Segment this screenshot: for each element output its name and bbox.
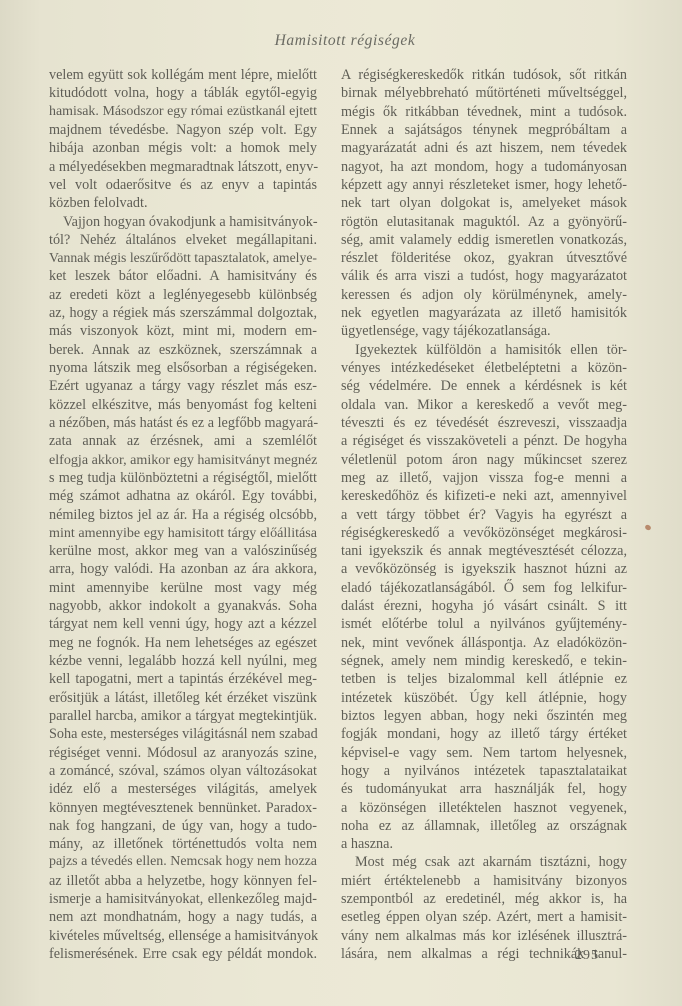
text-line: birnak mélyebbreható műtörténeti művelts… <box>341 84 627 102</box>
text-line: a haszna. <box>341 835 627 853</box>
text-line: meg az illető, vajjon vissza fog-e menni… <box>341 469 627 487</box>
text-line: a nézőben, más hatást és ez a legfőbb ma… <box>49 414 317 432</box>
text-line: és tudományukat arra használják fel, hog… <box>341 780 627 798</box>
text-line: téveszti és ez tévedését észreveszi, vis… <box>341 414 627 432</box>
text-line: kereskedőhöz és kifizeti-e neki azt, ame… <box>341 487 627 505</box>
right-text-column: A régiségkereskedők ritkán tudósok, sőt … <box>341 66 627 963</box>
text-line: mégis ők ritkábban tévednek, mint a tudó… <box>341 103 627 121</box>
text-line: tárgyat nem kell venni úgy, hogy azt a k… <box>49 615 317 633</box>
text-line: ügyetlensége, vagy tájékozatlansága. <box>341 322 627 340</box>
text-line: esetleg éppen olyan szép. Azért, mert a … <box>341 908 627 926</box>
running-header-title: Hamisitott régiségek <box>275 32 416 49</box>
text-line: pajzs a tévedés ellen. Nemcsak hogy nem … <box>49 853 317 871</box>
text-line: tól? Nehéz általános elveket megállapita… <box>49 231 317 249</box>
text-line: keressen és adjon oly körülménynek, amel… <box>341 286 627 304</box>
text-line: ség, amit valamely eddig ismeretlen vona… <box>341 231 627 249</box>
text-line: véletlenül potom áron nagy műkincset sze… <box>341 451 627 469</box>
text-line: parallel harcba, amikor a tárgyat megtek… <box>49 707 317 725</box>
text-line: Ezért ugyanaz a tárgy vagy részlet más e… <box>49 377 317 395</box>
text-line: nem azt mondhatnám, hogy a nagy tudás, a <box>49 908 317 926</box>
text-line: fogják mondani, hogy az illető tárgy ért… <box>341 725 627 743</box>
paper-stain <box>644 524 652 531</box>
text-line: rögtön elutasitanak maguktól. Az a gyöny… <box>341 213 627 231</box>
text-line: régiséget venni. Módosul az aranyozás sz… <box>49 744 317 762</box>
text-line: idéz elő a mesterséges világitás, amelye… <box>49 780 317 798</box>
text-line: közben felolvadt. <box>49 194 317 212</box>
text-line: vel volt odaerősitve és az enyv a tapint… <box>49 176 317 194</box>
text-line: Most még csak azt akarnám tisztázni, hog… <box>341 853 627 871</box>
text-line: eladó tájékozatlanságából. Ő sem fog lel… <box>341 579 627 597</box>
text-line: nagyobb, akkor indokolt a gyanakvás. Soh… <box>49 597 317 615</box>
text-line: a zománcé, szóval, számos olyan változás… <box>49 762 317 780</box>
text-line: mint amennyibe kerülne most vagy még <box>49 579 317 597</box>
text-line: miért értéktelenebb a hamisitvány bizony… <box>341 872 627 890</box>
text-line: felismerésének. Erre csak egy példát mon… <box>49 945 317 963</box>
text-line: a mélyedésekben megmaradtnak látszott, e… <box>49 158 317 176</box>
text-line: ség védelmére. De ennek a kérdésnek is k… <box>341 377 627 395</box>
text-line: ismét előtérbe tolul a nyilvános gyűjtem… <box>341 615 627 633</box>
text-line: arra, hogy valódi. Ha azonban az ára akk… <box>49 560 317 578</box>
text-line: nek tart olyan dolgokat is, amelyeket má… <box>341 194 627 212</box>
text-line: ismerje a hamisitványokat, ellenkezőleg … <box>49 890 317 908</box>
text-line: könnyen megtévesztenek bennünket. Parado… <box>49 799 317 817</box>
text-line: Ennek a sajátságos ténynek megpróbáltam … <box>341 121 627 139</box>
text-line: az, hogy a régiek más szerszámmal dolgoz… <box>49 304 317 322</box>
text-line: biztos legyen abban, hogy neki őszintén … <box>341 707 627 725</box>
text-line: kivételes műveltség, ellensége a hamisit… <box>49 927 317 945</box>
text-line: mány, az illetőnek történettudós volta n… <box>49 835 317 853</box>
text-line: Soha este, mesterséges világitásnál nem … <box>49 725 317 743</box>
text-line: nyoma látszik meg elsősorban a régiségek… <box>49 359 317 377</box>
text-line: hibája azonban mégis volt: a homok mely <box>49 139 317 157</box>
text-line: képzett agy annyi részleteket ismer, hog… <box>341 176 627 194</box>
text-line: részlet földeritése okoz, gyakran útvesz… <box>341 249 627 267</box>
text-line: képvisel-e vagy sem. Nem tartom helyesne… <box>341 744 627 762</box>
text-line: ségnek, amely nem mindig kereskedő, e te… <box>341 652 627 670</box>
text-line: hogy a nyilvános intézetek tapasztalatai… <box>341 762 627 780</box>
text-line: közzel elkészitve, más benyomást fog kel… <box>49 396 317 414</box>
text-line: mint amennyibe egy hamisitott tárgy előá… <box>49 524 317 542</box>
text-line: tani igyekszik és annak megtévesztését c… <box>341 542 627 560</box>
text-line: Vajjon hogyan óvakodjunk a hamisitványok… <box>49 213 317 231</box>
text-line: intézetek küszöbét. Úgy kell átlépnie, h… <box>341 689 627 707</box>
text-line: nek, mint vevőnek álláspontja. Az eladók… <box>341 634 627 652</box>
text-line: majdnem tévedésbe. Nagyon szép volt. Egy <box>49 121 317 139</box>
text-line: magyarázatát adni és azt hiszem, nem tév… <box>341 139 627 157</box>
text-line: s meg tudja különböztetni a régiségtől, … <box>49 469 317 487</box>
running-header: Hamisitott régiségek <box>0 30 682 50</box>
text-line: vényes intézkedéseket életbeléptetni a k… <box>341 359 627 377</box>
text-line: vány nem alkalmas más kor izlésének illu… <box>341 927 627 945</box>
text-line: kerülne most, akkor meg van a valószinűs… <box>49 542 317 560</box>
text-line: zata annak az érzésnek, ami a szemlélőt <box>49 432 317 450</box>
text-line: noha ez az államnak, illetőleg az ország… <box>341 817 627 835</box>
text-line: nagyot, ha azt mondom, hogy a tudományos… <box>341 158 627 176</box>
text-line: a vett tárgy többet ér? Vagyis ha egyrés… <box>341 506 627 524</box>
text-line: a közönségen illetéktelen hasznot vegyen… <box>341 799 627 817</box>
text-line: az illetőt abba a helyzetbe, hogy könnye… <box>49 872 317 890</box>
text-line: erősitjük a látást, illetőleg két érzéke… <box>49 689 317 707</box>
text-line: velem együtt sok kollégám ment lépre, mi… <box>49 66 317 84</box>
text-line: A régiségkereskedők ritkán tudósok, sőt … <box>341 66 627 84</box>
text-line: tetben is teljes bizalommal kell átlépni… <box>341 670 627 688</box>
text-line: meg ne fognók. Ha nem lehetséges az egés… <box>49 634 317 652</box>
text-line: még számot adhatna az okáról. Egy tovább… <box>49 487 317 505</box>
text-line: az eredeti közt a leglényegesebb különbs… <box>49 286 317 304</box>
text-line: kézbe venni, legalább hozzá kell nyúlni,… <box>49 652 317 670</box>
page-number: 295 <box>575 948 599 964</box>
text-line: régiségkereskedő a vevőközönséget megkár… <box>341 524 627 542</box>
text-line: nek egyetlen magyarázata az illető hamis… <box>341 304 627 322</box>
text-line: Vannak mégis leszűrődött tapasztalatok, … <box>49 249 317 267</box>
text-line: nak fog hangzani, de úgy van, hogy a tud… <box>49 817 317 835</box>
text-line: szempontból az eredetinél, még akkor is,… <box>341 890 627 908</box>
text-line: némileg biztos jel az ár. Ha a régiség o… <box>49 506 317 524</box>
text-line: kell tapogatni, mert a tapintás érzékéve… <box>49 670 317 688</box>
text-line: hamisak. Másodszor egy római ezüstkanál … <box>49 103 317 121</box>
text-line: kitudódott volna, hogy a táblák egytől-e… <box>49 84 317 102</box>
text-line: a vevőközönség is igyekszik hasznot húzn… <box>341 560 627 578</box>
text-line: ket leszek bátor előadni. A hamisitvány … <box>49 267 317 285</box>
text-line: berek. Annak az eszköznek, szerszámnak a <box>49 341 317 359</box>
text-line: a régiséget és visszaköveteli a pénzt. D… <box>341 432 627 450</box>
left-text-column: velem együtt sok kollégám ment lépre, mi… <box>49 66 317 963</box>
text-line: elfogja akkor, amikor egy hamisitványt m… <box>49 451 317 469</box>
text-line: Igyekeztek külföldön a hamisitók ellen t… <box>341 341 627 359</box>
text-line: más viszonyok közt, mint mi, modern em- <box>49 322 317 340</box>
text-line: oldala van. Mikor a kereskedő a vevőt me… <box>341 396 627 414</box>
text-line: dalást érezni, hogyha jó vásárt csinált.… <box>341 597 627 615</box>
text-line: válik és arra viszi a tudóst, hogy magya… <box>341 267 627 285</box>
